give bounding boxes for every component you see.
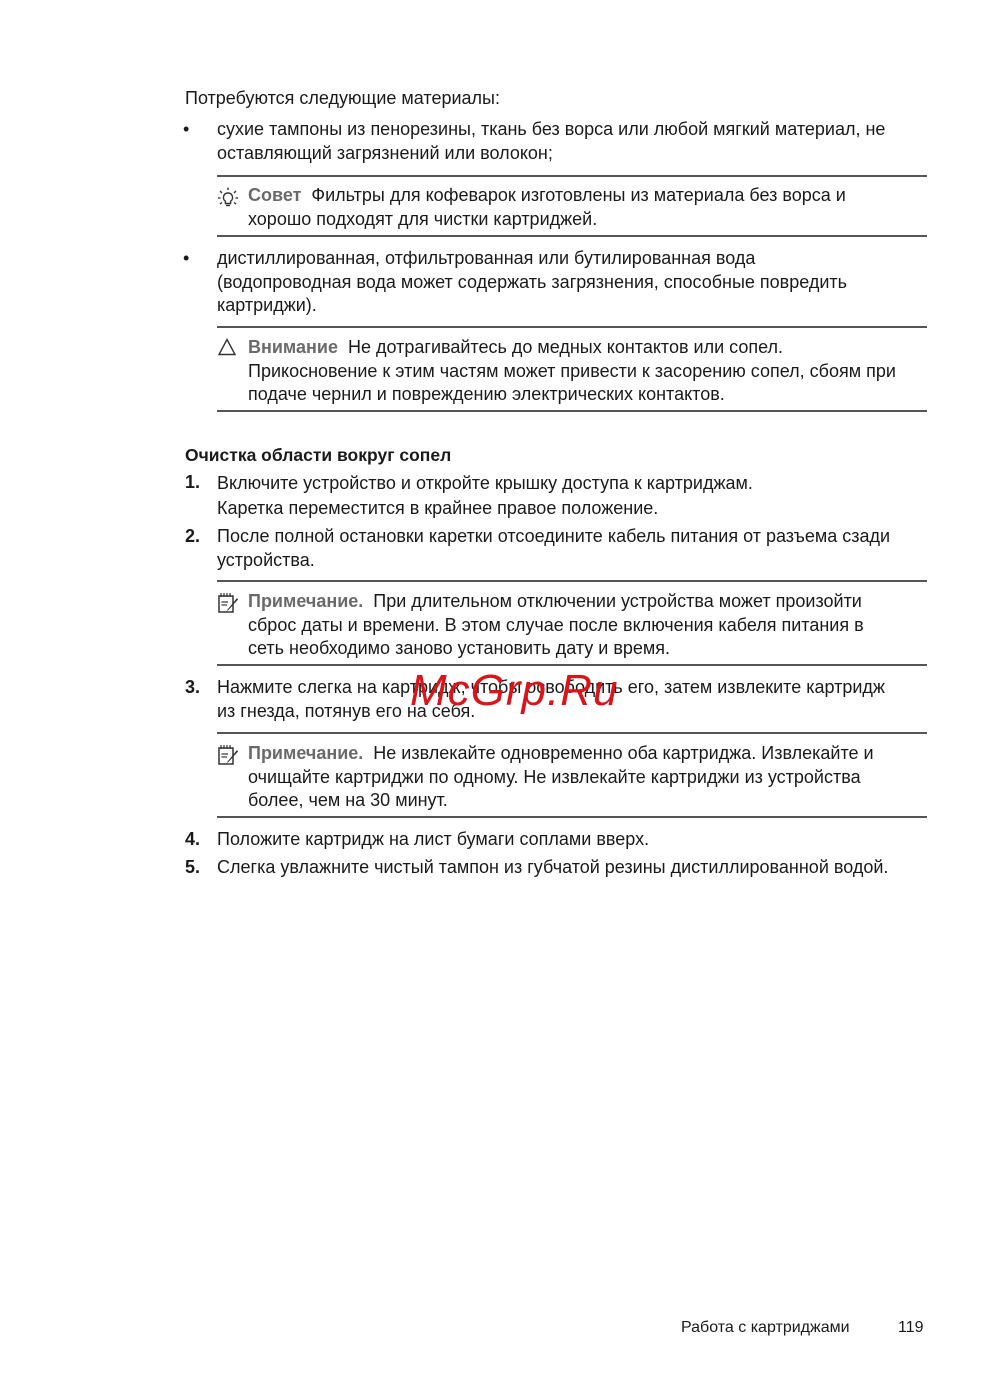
step-number: 1.: [185, 471, 200, 495]
step-number: 2.: [185, 525, 200, 549]
footer-section-title: Работа с картриджами: [681, 1319, 850, 1337]
bullet-item: сухие тампоны из пенорезины, ткань без в…: [217, 118, 929, 165]
bullet-marker: •: [183, 247, 189, 271]
note-text: Не извлекайте одновременно оба картриджа…: [373, 743, 873, 763]
step-line: устройства.: [217, 549, 929, 573]
step-line: После полной остановки каретки отсоедини…: [217, 525, 929, 549]
caution-note: ВниманиеНе дотрагивайтесь до медных конт…: [217, 326, 927, 412]
document-page: Потребуются следующие материалы: • сухие…: [0, 0, 1000, 1385]
note-callout: Примечание.При длительном отключении уст…: [217, 580, 927, 666]
tip-note: СоветФильтры для кофеварок изготовлены и…: [217, 175, 927, 237]
bullet-line: сухие тампоны из пенорезины, ткань без в…: [217, 118, 929, 142]
bullet-line: картриджи).: [217, 294, 929, 318]
step-line: Слегка увлажните чистый тампон из губчат…: [217, 856, 929, 880]
step-line: Каретка переместится в крайнее правое по…: [217, 496, 929, 521]
note-text: очищайте картриджи по одному. Не извлека…: [248, 766, 927, 790]
note-text: Фильтры для кофеварок изготовлены из мат…: [311, 185, 845, 205]
bullet-item: дистиллированная, отфильтрованная или бу…: [217, 247, 929, 318]
note-callout: Примечание.Не извлекайте одновременно об…: [217, 732, 927, 818]
note-label: Примечание.: [248, 743, 363, 763]
notepad-icon: [217, 592, 239, 614]
note-text: Прикосновение к этим частям может привес…: [248, 360, 927, 384]
lightbulb-icon: [217, 187, 239, 209]
note-text: При длительном отключении устройства мож…: [373, 591, 862, 611]
bullet-line: оставляющий загрязнений или волокон;: [217, 142, 929, 166]
warning-triangle-icon: [218, 338, 236, 356]
note-text: Не дотрагивайтесь до медных контактов ил…: [348, 337, 783, 357]
section-heading: Очистка области вокруг сопел: [185, 444, 451, 467]
bullet-line: (водопроводная вода может содержать загр…: [217, 271, 929, 295]
note-label: Примечание.: [248, 591, 363, 611]
note-label: Внимание: [248, 337, 338, 357]
notepad-icon: [217, 744, 239, 766]
step-number: 4.: [185, 828, 200, 852]
bullet-marker: •: [183, 118, 189, 142]
watermark: McGrp.Ru: [410, 666, 618, 716]
note-label: Совет: [248, 185, 301, 205]
note-text: более, чем на 30 минут.: [248, 789, 927, 813]
note-text: сброс даты и времени. В этом случае посл…: [248, 614, 927, 638]
note-text: подаче чернил и повреждению электрически…: [248, 383, 927, 407]
step-line: Положите картридж на лист бумаги соплами…: [217, 828, 929, 852]
intro-text: Потребуются следующие материалы:: [185, 87, 500, 111]
bullet-line: дистиллированная, отфильтрованная или бу…: [217, 247, 929, 271]
step-number: 5.: [185, 856, 200, 880]
step-line: Включите устройство и откройте крышку до…: [217, 471, 929, 496]
page-number: 119: [898, 1319, 924, 1337]
note-text: сеть необходимо заново установить дату и…: [248, 637, 927, 661]
note-text: хорошо подходят для чистки картриджей.: [248, 208, 927, 232]
step-number: 3.: [185, 676, 200, 700]
